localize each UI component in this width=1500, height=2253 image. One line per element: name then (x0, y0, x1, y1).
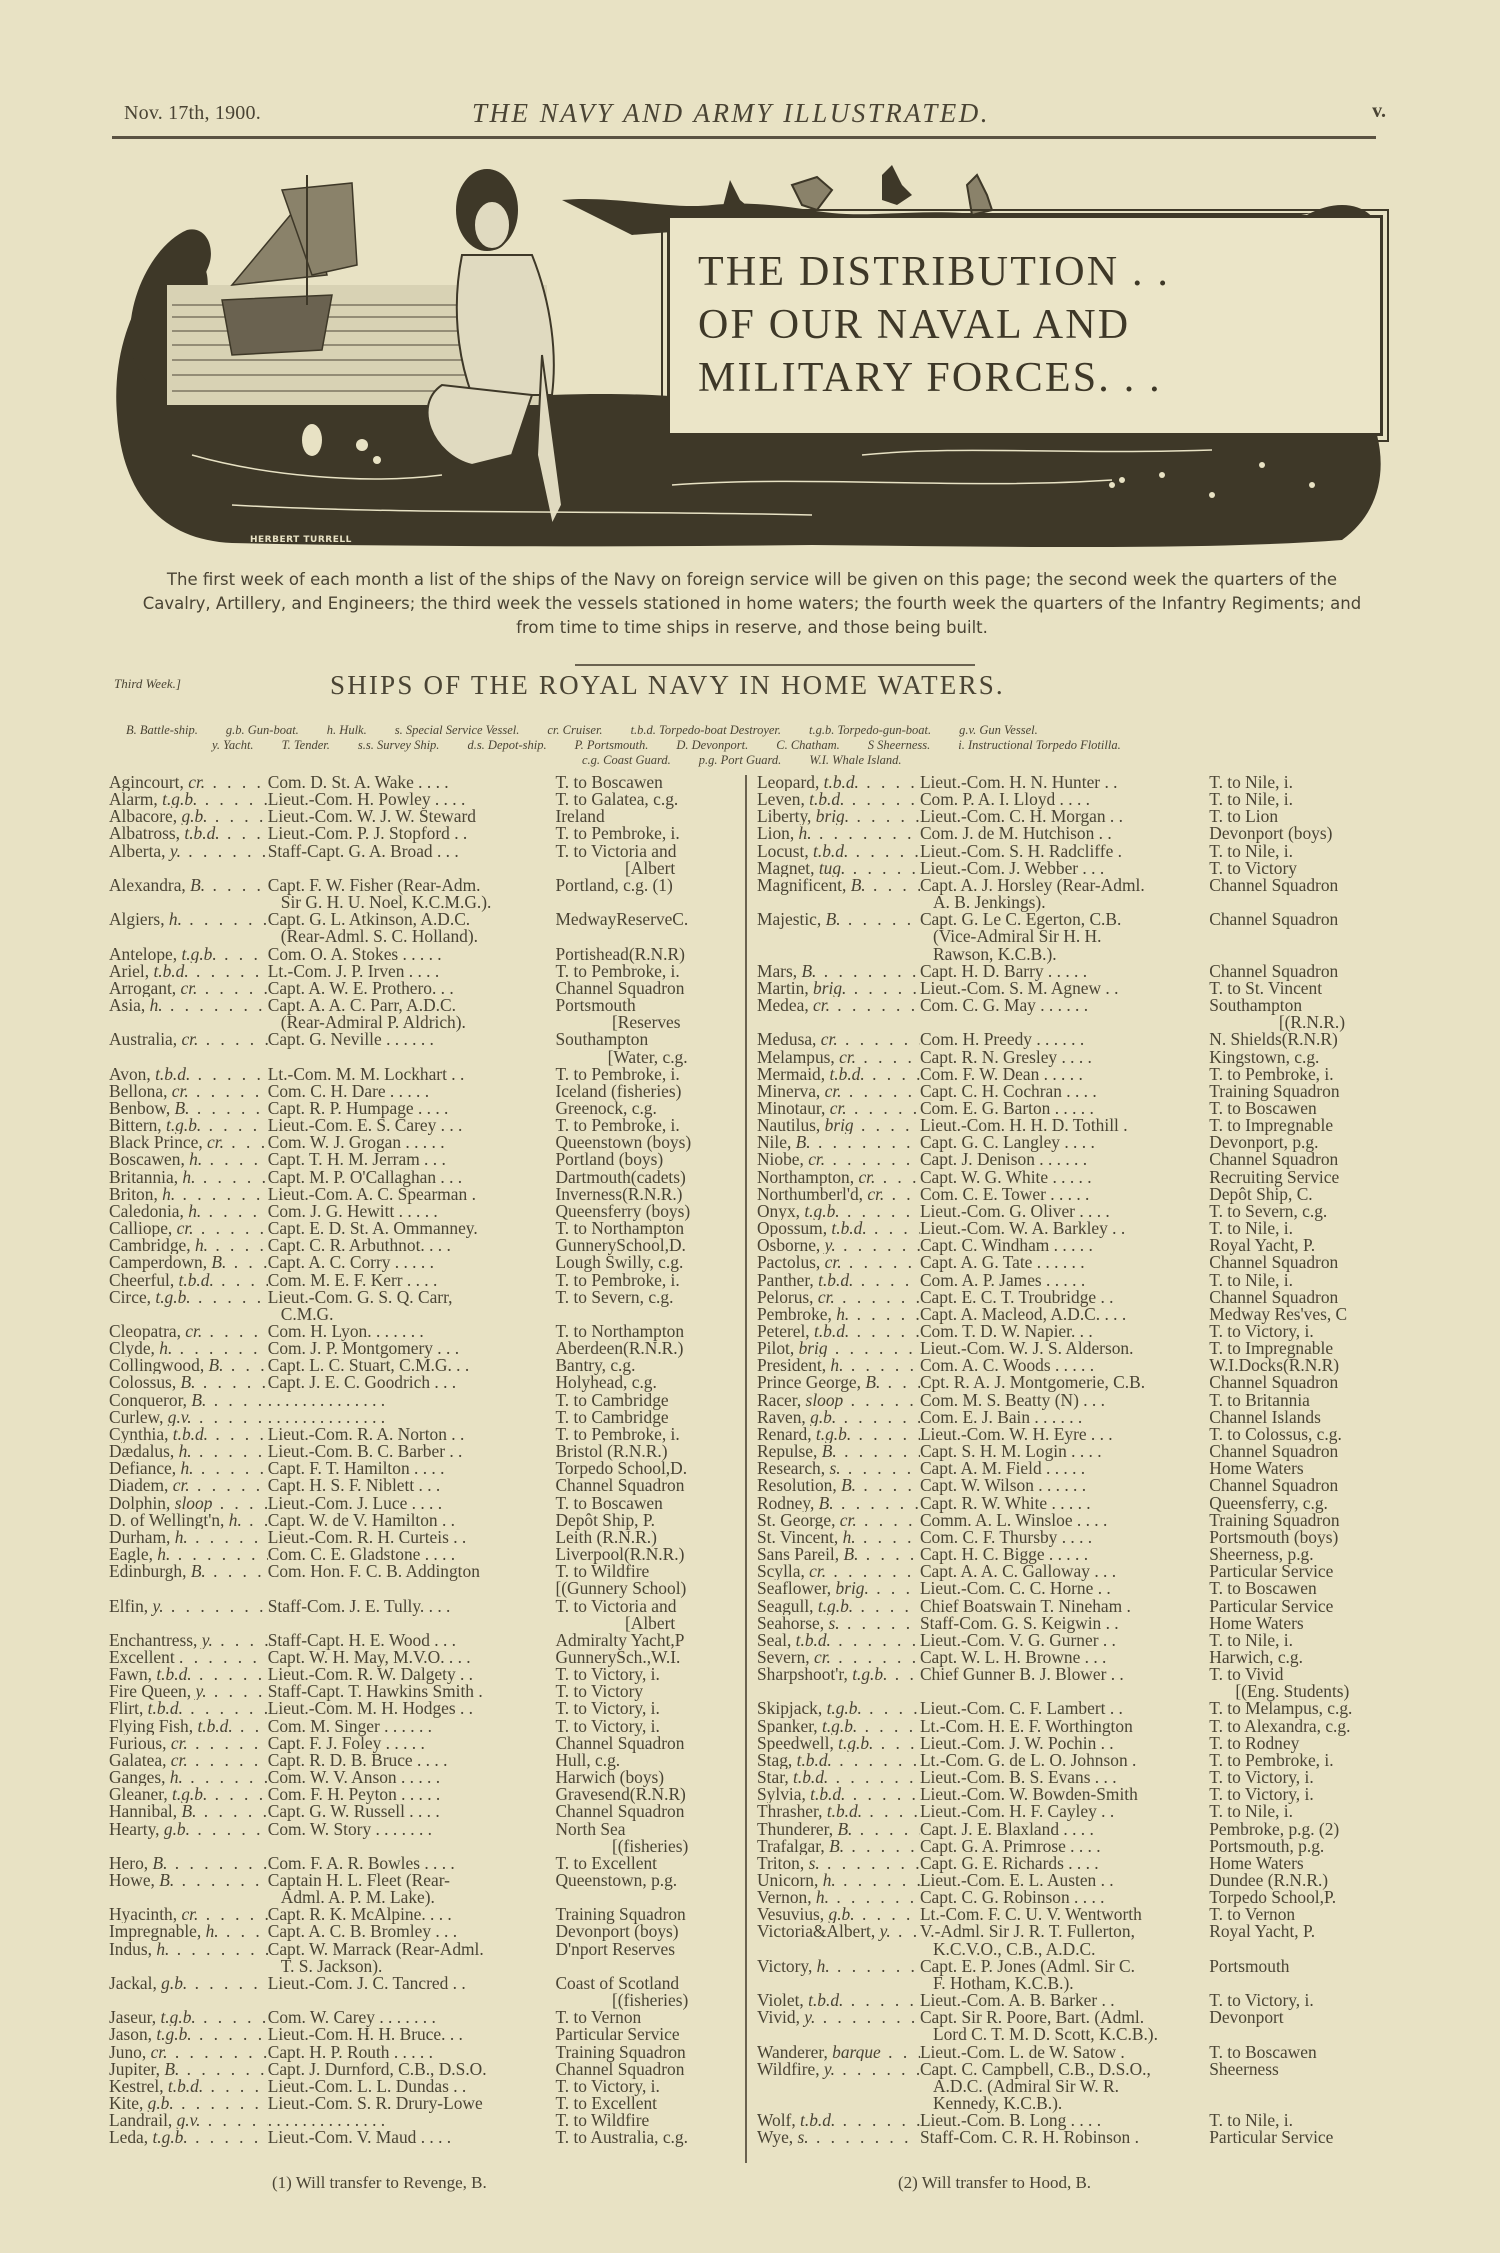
legend-entry: S Sheerness. (868, 738, 931, 752)
ship-name: Wye, (757, 2129, 797, 2146)
ship-name-cell: Seahorse, s. . . . . . . . (757, 1615, 920, 1632)
ship-name-cell: Seal, t.b.d. . . . . . . . (757, 1632, 920, 1649)
ship-name: Nautilus, (757, 1117, 825, 1134)
ship-type: t.b.d. (814, 1323, 849, 1340)
section-rule (575, 664, 975, 666)
ship-type: h. (799, 825, 812, 842)
ship-type: g.b. (829, 1906, 855, 1923)
ship-name-cell: Juno, cr. . . . . . . . (109, 2044, 268, 2061)
ship-name-cell: Howe, B. . . . . . . . (109, 1872, 268, 1906)
ship-name-cell: Ariel, t.b.d. . . . . . . . (109, 963, 268, 980)
ship-type: s. (829, 1460, 840, 1477)
ship-type: t.b.d. (813, 843, 848, 860)
ship-name-cell: Pelorus, cr. . . . . . . . (757, 1289, 920, 1306)
ship-name: Scylla, (757, 1563, 809, 1580)
ship-type: t.g.b. (162, 791, 197, 808)
ship-name: Landrail, (109, 2112, 177, 2129)
ship-name-cell: Clyde, h. . . . . . . . (109, 1340, 268, 1357)
ship-type: t.g.b. (818, 1598, 853, 1615)
officer-cell: Capt. C. Campbell, C.B., D.S.O., A.D.C. … (920, 2061, 1209, 2112)
ship-name-cell: Thrasher, t.b.d. . . . . . . . (757, 1803, 920, 1820)
leader-dots: . . . . . . . (190, 1821, 268, 1839)
leader-dots: . . . . . . . (865, 1066, 920, 1083)
ship-name-cell: Vernon, h. . . . . . . . (757, 1889, 920, 1906)
ship-name-cell: Lion, h. . . . . . . . (757, 825, 920, 842)
ship-name-cell: Arrogant, cr. . . . . . . . (109, 980, 268, 997)
table-row: Algiers, h. . . . . . . .Capt. G. L. Atk… (109, 911, 734, 945)
table-row: Asia, h. . . . . . . .Capt. A. A. C. Par… (109, 997, 734, 1031)
ship-name-cell: Conqueror, B. . . . . . . . (109, 1392, 268, 1409)
ship-type: cr. (151, 2044, 168, 2061)
leader-dots: . . . . . . . (198, 1906, 267, 1923)
station-cell: D'nport Reserves (555, 1941, 734, 1975)
leader-dots: . . . . . . . (189, 963, 268, 980)
ship-name-cell: Colossus, B. . . . . . . . (109, 1374, 268, 1391)
table-row: Thrasher, t.b.d. . . . . . . .Lieut.-Com… (757, 1803, 1387, 1820)
table-row: Majestic, B. . . . . . . .Capt. G. Le C.… (757, 911, 1387, 962)
ship-name: Magnet, (757, 860, 819, 877)
ship-name: Gleaner, (109, 1786, 172, 1803)
legend-entry: y. Yacht. (212, 738, 254, 752)
leader-dots: . . . . . . . (198, 1031, 267, 1049)
station-cell: T. to Vivid [(Eng. Students) (1209, 1666, 1387, 1700)
leader-dots: . . . . . . . (194, 1220, 268, 1237)
ship-name: Osborne, (757, 1237, 825, 1254)
officer-cell: Capt. E. P. Jones (Adml. Sir C. F. Hotha… (920, 1958, 1209, 1992)
ship-name: D. of Wellingt'n, (109, 1512, 229, 1529)
ship-type: t.g.b. (172, 1786, 207, 1803)
leader-dots: . . . . . . . (809, 2129, 912, 2146)
ship-type: t.b.d. (793, 1769, 828, 1786)
ship-name-cell: Asia, h. . . . . . . . (109, 997, 268, 1031)
leader-dots: . . . . . . . (842, 1083, 920, 1100)
legend-entry: s. Special Service Vessel. (395, 723, 520, 737)
station-cell: Southampton [(R.N.R.) (1209, 997, 1387, 1031)
station-cell: Royal Yacht, P. (1209, 1923, 1387, 1957)
ship-name-cell: Triton, s. . . . . . . . (757, 1855, 920, 1872)
ship-name-cell: Leda, t.g.b. . . . . . . . (109, 2129, 268, 2146)
ship-name: Renard, (757, 1426, 816, 1443)
ship-type: cr. (830, 1100, 847, 1117)
station-cell: Queenstown, p.g. (555, 1872, 734, 1906)
ship-type: h. (817, 1958, 830, 1976)
ship-name-cell: Star, t.b.d. . . . . . . . (757, 1769, 920, 1786)
ship-name: Leda, (109, 2129, 152, 2146)
leader-dots: . . . . . . . (195, 1169, 267, 1186)
station-cell: Coast of Scotland [(fisheries) (555, 1975, 734, 2009)
ship-name-cell: Minotaur, cr. . . . . . . . (757, 1100, 920, 1117)
leader-dots: . . . . . . . (873, 1735, 920, 1752)
ship-type: t.b.d. (831, 1220, 866, 1237)
ship-type: t.g.b. (822, 1718, 857, 1735)
ship-type: t.g.b. (152, 2129, 187, 2146)
ship-type: B. (191, 1392, 206, 1409)
ship-name: Mermaid, (757, 1066, 829, 1083)
ship-name: Defiance, (109, 1460, 180, 1477)
publication-title: THE NAVY AND ARMY ILLUSTRATED. (472, 98, 990, 129)
ship-name: Onyx, (757, 1203, 804, 1220)
station-cell: Particular Service (1209, 2129, 1387, 2146)
leader-dots: . . . . . . . (854, 1117, 920, 1134)
ship-name-cell: Locust, t.b.d. . . . . . . . (757, 843, 920, 860)
ship-type: y. (202, 1632, 213, 1649)
leader-dots: . . . . . . . (233, 1718, 268, 1735)
table-row: Resolution, B. . . . . . . .Capt. W. Wil… (757, 1477, 1387, 1494)
leader-dots: . . . . . . . (856, 1529, 920, 1546)
ship-type: t.b.d. (796, 1632, 831, 1649)
ship-name: Clyde, (109, 1340, 159, 1357)
table-row: Indus, h. . . . . . . .Capt. W. Marrack … (109, 1941, 734, 1975)
ship-name-cell: Enchantress, y. . . . . . . . (109, 1632, 268, 1649)
ship-name-cell: Jupiter, B. . . . . . . . (109, 2061, 268, 2078)
ship-type: h. (229, 1512, 242, 1529)
ship-type: brig (825, 1117, 854, 1134)
leader-dots: . . . . . . . (196, 1803, 267, 1820)
ship-name-cell: Osborne, y. . . . . . . . (757, 1237, 920, 1254)
ship-name-cell: Impregnable, h. . . . . . . . (109, 1923, 268, 1940)
leader-dots: . . . . . . . (208, 1237, 268, 1254)
ship-name-cell: Thunderer, B. . . . . . . . (757, 1821, 920, 1838)
ship-type: t.g.b. (804, 1203, 839, 1220)
ship-name: Fire Queen, (109, 1683, 195, 1700)
ship-name-cell: Gleaner, t.g.b. . . . . . . . (109, 1786, 268, 1803)
leader-dots: . . . . . . . (205, 774, 268, 791)
leader-dots: . . . . . . . (826, 1563, 920, 1580)
table-row: Victory, h. . . . . . . .Capt. E. P. Jon… (757, 1958, 1387, 1992)
ship-name-cell: Panther, t.b.d. . . . . . . . (757, 1272, 920, 1289)
ship-name: Kestrel, (109, 2078, 168, 2095)
ship-name-cell: Sharpshoot'r, t.g.b. . . . . . . . (757, 1666, 920, 1700)
leader-dots: . . . . . . . (832, 1752, 920, 1769)
officer-cell: Capt. G. Le C. Egerton, C.B. (Vice-Admir… (920, 911, 1209, 962)
leader-dots: . . . . . . . (835, 1289, 920, 1306)
ships-table-right: Leopard, t.b.d. . . . . . . .Lieut.-Com.… (757, 774, 1387, 2147)
leader-dots: . . . . . . . (857, 1512, 920, 1529)
ship-name-cell: Wildfire, y. . . . . . . . (757, 2061, 920, 2112)
ship-name: Triton, (757, 1855, 809, 1872)
ship-name: Rodney, (757, 1495, 819, 1512)
ship-name-cell: Seaflower, brig. . . . . . . . (757, 1580, 920, 1597)
ship-type: B. (211, 1254, 226, 1271)
ship-name-cell: Flying Fish, t.b.d. . . . . . . . (109, 1718, 268, 1735)
ship-name: Sharpshoot'r, (757, 1666, 852, 1684)
leader-dots: . . . . . . . (191, 1289, 268, 1307)
ship-name-cell: Bittern, t.g.b. . . . . . . . (109, 1117, 268, 1134)
ship-name: Sans Pareil, (757, 1546, 843, 1563)
ship-type: cr. (814, 1649, 831, 1666)
ship-name: Bellona, (109, 1083, 172, 1100)
table-row: Victoria&Albert, y. . . . . . . .V.-Adml… (757, 1923, 1387, 1957)
ship-name-cell: Cheerful, t.b.d. . . . . . . . (109, 1272, 268, 1289)
officer-cell: Lieut.-Com. H. H. Bruce. . . (268, 2026, 556, 2043)
ship-name-cell: Racer, sloop . . . . . . . (757, 1392, 920, 1409)
ship-name-cell: Kite, g.b. . . . . . . . (109, 2095, 268, 2112)
ship-name: Indus, (109, 1941, 156, 1959)
ship-name-cell: Victory, h. . . . . . . . (757, 1958, 920, 1992)
ship-name: Martin, (757, 980, 813, 997)
ship-name-cell: Medusa, cr. . . . . . . . (757, 1031, 920, 1048)
ship-name: Asia, (109, 997, 150, 1015)
ship-name: Galatea, (109, 1752, 171, 1769)
officer-cell: Lieut.-Com. G. S. Q. Carr, C.M.G. (268, 1289, 556, 1323)
leader-dots: . . . . . . . (840, 1615, 920, 1632)
leader-dots: . . . . . . . (830, 1958, 920, 1976)
ship-type: B. (837, 1821, 852, 1838)
banner-illustration: THE DISTRIBUTION . . OF OUR NAVAL AND MI… (112, 155, 1392, 550)
ship-type: cr. (171, 1752, 188, 1769)
table-row: Pactolus, cr. . . . . . . .Capt. A. G. T… (757, 1254, 1387, 1271)
ship-type: h. (816, 1889, 829, 1906)
leader-dots: . . . . . . . (841, 911, 920, 929)
ship-type: t.g.b. (827, 1700, 862, 1717)
ship-name-cell: Furious, cr. . . . . . . . (109, 1735, 268, 1752)
table-row: Leda, t.g.b. . . . . . . .Lieut.-Com. V.… (109, 2129, 734, 2146)
ship-name-cell: Resolution, B. . . . . . . . (757, 1477, 920, 1494)
ship-name-cell: Martin, brig. . . . . . . . (757, 980, 920, 997)
leader-dots: . . . . . . . (190, 1066, 267, 1083)
ship-name-cell: Collingwood, B. . . . . . . . (109, 1357, 268, 1374)
ship-type: g.v. (177, 2112, 201, 2129)
ship-name: Britannia, (109, 1169, 182, 1186)
ship-type: h. (182, 1169, 195, 1186)
ship-name-cell: Fire Queen, y. . . . . . . . (109, 1683, 268, 1700)
ship-type: B. (796, 1134, 811, 1151)
ship-name: St. George, (757, 1512, 840, 1529)
ship-type: t.b.d. (184, 825, 219, 842)
ship-name: Leven, (757, 791, 809, 808)
ship-name-cell: Eagle, h. . . . . . . . (109, 1546, 268, 1563)
legend-entry: c.g. Coast Guard. (582, 753, 671, 767)
ship-name-cell: Liberty, brig. . . . . . . . (757, 808, 920, 825)
station-cell: T. to Wildfire [(Gunnery School) (555, 1563, 734, 1597)
leader-dots: . . . . . . . (201, 1117, 267, 1134)
ship-type: B. (819, 1495, 834, 1512)
ship-name: Caledonia, (109, 1203, 188, 1220)
leader-dots: . . . . . . . (862, 1803, 920, 1820)
leader-dots: . . . . . . . (857, 1718, 920, 1735)
leader-dots: . . . . . . . (847, 1100, 920, 1117)
legend-entry: T. Tender. (282, 738, 330, 752)
ship-name-cell: Rodney, B. . . . . . . . (757, 1495, 920, 1512)
ship-name-cell: Skipjack, t.g.b. . . . . . . . (757, 1700, 920, 1717)
ship-type: cr. (809, 1563, 826, 1580)
legend-entry: t.b.d. Torpedo-boat Destroyer. (631, 723, 781, 737)
ship-name-cell: Agincourt, cr. . . . . . . . (109, 774, 268, 791)
ship-type: h. (175, 1529, 188, 1546)
ship-name: Vernon, (757, 1889, 816, 1906)
ship-type: t.b.d. (155, 1066, 190, 1083)
ship-name: Furious, (109, 1735, 171, 1752)
ship-type: t.b.d. (168, 2078, 203, 2095)
ship-name-cell: Stag, t.b.d. . . . . . . . (757, 1752, 920, 1769)
leader-dots: . . . . . . . (856, 1049, 920, 1066)
ship-type: B. (801, 963, 816, 980)
ship-type: cr. (808, 1151, 825, 1168)
leader-dots: . . . . . . . (875, 1169, 920, 1186)
ship-name: Raven, (757, 1409, 810, 1426)
ship-type: cr. (825, 1254, 842, 1271)
table-row: Wye, s. . . . . . . .Staff-Com. C. R. H.… (757, 2129, 1387, 2146)
ship-type: g.v. (168, 1409, 192, 1426)
ship-name: Wildfire, (757, 2061, 824, 2079)
ship-name: Medea, (757, 997, 813, 1015)
table-row: Edinburgh, B. . . . . . . .Com. Hon. F. … (109, 1563, 734, 1597)
leader-dots: . . . . . . . (837, 1443, 920, 1460)
ship-name: Alberta, (109, 843, 170, 861)
ship-name-cell: Wye, s. . . . . . . . (757, 2129, 920, 2146)
newspaper-page: Nov. 17th, 1900. THE NAVY AND ARMY ILLUS… (0, 0, 1500, 2253)
leader-dots: . . . . . . . (840, 1203, 920, 1220)
ship-type: t.g.b. (156, 2026, 191, 2043)
ship-type: barque (832, 2044, 881, 2061)
leader-dots: . . . . . . . (179, 2061, 267, 2078)
station-cell: T. to Australia, c.g. (555, 2129, 734, 2146)
ship-type: cr. (171, 1735, 188, 1752)
ship-name: Enchantress, (109, 1632, 202, 1649)
ship-name-cell: Leopard, t.b.d. . . . . . . . (757, 774, 920, 791)
leader-dots: . . . . . . . (834, 1495, 920, 1512)
ship-name: Alexandra, (109, 877, 190, 895)
officer-cell: Capt. Sir R. Poore, Bart. (Adml. Lord C.… (920, 2009, 1209, 2043)
ship-name-cell: Britannia, h. . . . . . . . (109, 1169, 268, 1186)
leader-dots: . . . . . . . (174, 1872, 268, 1890)
ship-name-cell: Hyacinth, cr. . . . . . . . (109, 1906, 268, 1923)
ship-name: Speedwell, (757, 1735, 838, 1752)
ship-name-cell: Alarm, t.g.b. . . . . . . . (109, 791, 268, 808)
ship-name: Leopard, (757, 774, 824, 791)
ship-type: B. (209, 1357, 224, 1374)
ship-name: Australia, (109, 1031, 181, 1049)
leader-dots: . . . . . . . (224, 1134, 268, 1151)
ship-name: Bittern, (109, 1117, 166, 1134)
ship-name-cell: D. of Wellingt'n, h. . . . . . . . (109, 1512, 268, 1529)
ship-type: g.b. (810, 1409, 836, 1426)
leader-dots: . . . . . . . (851, 1426, 920, 1443)
ship-name-cell: Alberta, y. . . . . . . . (109, 843, 268, 877)
ship-name: Jason, (109, 2026, 156, 2043)
ship-name: President, (757, 1357, 830, 1374)
ship-name: Minotaur, (757, 1100, 830, 1117)
ship-name-cell: Avon, t.b.d. . . . . . . . (109, 1066, 268, 1083)
station-cell: Channel Squadron (1209, 911, 1387, 962)
ship-name: Alarm, (109, 791, 162, 808)
ship-type: B. (191, 1563, 206, 1581)
ship-name: Black Prince, (109, 1134, 207, 1151)
leader-dots: . . . . . . . (855, 1906, 920, 1923)
leader-dots: . . . . . . . (188, 1752, 268, 1769)
officer-cell: Com. H. Preedy . . . . . . (920, 1031, 1209, 1048)
ship-type: t.b.d. (808, 1992, 843, 2009)
ship-name-cell: Northumberl'd, cr. . . . . . . . (757, 1186, 920, 1203)
ship-name-cell: Cleopatra, cr. . . . . . . . (109, 1323, 268, 1340)
ship-name: Locust, (757, 843, 813, 860)
station-cell: Particular Service (555, 2026, 734, 2043)
ship-type: h. (170, 1769, 183, 1786)
leader-dots: . . . . . . . (812, 825, 915, 842)
ship-name: Violet, (757, 1992, 808, 2009)
leader-dots: . . . . . . . (862, 1700, 920, 1717)
ship-type: h. (179, 1443, 192, 1460)
officer-cell: Capt. A. J. Horsley (Rear-Adml. A. B. Je… (920, 877, 1209, 911)
table-row: Diadem, cr. . . . . . . .Capt. H. S. F. … (109, 1477, 734, 1494)
legend-entry: t.g.b. Torpedo-gun-boat. (809, 723, 931, 737)
ship-type: t.b.d. (824, 774, 859, 791)
ship-type: t.b.d. (156, 1666, 191, 1683)
leader-dots: . . . . . . . (206, 1563, 268, 1581)
page-header: Nov. 17th, 1900. THE NAVY AND ARMY ILLUS… (112, 96, 1382, 136)
ship-name: Magnificent, (757, 877, 851, 895)
ship-type: t.g.b. (155, 1289, 190, 1307)
ship-type: cr. (821, 1031, 838, 1048)
ship-name-cell: Caledonia, h. . . . . . . . (109, 1203, 268, 1220)
station-cell: Sheerness (1209, 2061, 1387, 2112)
leader-dots: . . . . . . . (188, 1735, 268, 1752)
station-cell: Portland, c.g. (1) (555, 877, 734, 911)
leader-dots: . . . . . . . (848, 843, 920, 860)
ship-name: Edinburgh, (109, 1563, 191, 1581)
ship-type: y. (170, 843, 181, 861)
leader-dots: . . . . . . . (835, 2112, 920, 2129)
ship-name-cell: St. Vincent, h. . . . . . . . (757, 1529, 920, 1546)
ship-name-cell: Ganges, h. . . . . . . . (109, 1769, 268, 1786)
leader-dots: . . . . . . . (190, 1100, 268, 1117)
ship-name-cell: Peterel, t.b.d. . . . . . . . (757, 1323, 920, 1340)
ship-name: Albatross, (109, 825, 184, 842)
ship-name-cell: Mermaid, t.b.d. . . . . . . . (757, 1066, 920, 1083)
ship-name: Impregnable, (109, 1923, 206, 1940)
leader-dots: . . . . . . . (214, 1272, 268, 1289)
ship-name: Agincourt, (109, 774, 188, 791)
legend-entry: B. Battle-ship. (126, 723, 198, 737)
table-row: Hearty, g.b. . . . . . . .Com. W. Story … (109, 1821, 734, 1855)
ship-name: Panther, (757, 1272, 818, 1289)
ship-name: Jupiter, (109, 2061, 164, 2078)
issue-date: Nov. 17th, 1900. (124, 102, 261, 125)
ship-name: Jaseur, (109, 2009, 160, 2026)
ship-type: t.b.d. (827, 1803, 862, 1820)
ship-name-cell: St. George, cr. . . . . . . . (757, 1512, 920, 1529)
leader-dots: . . . . . . . (852, 1821, 920, 1838)
ship-name-cell: Northampton, cr. . . . . . . . (757, 1169, 920, 1186)
ship-name-cell: Unicorn, h. . . . . . . . (757, 1872, 920, 1889)
ship-name: Jackal, (109, 1975, 161, 1993)
ship-name: Juno, (109, 2044, 151, 2061)
ship-type: s. (828, 1615, 839, 1632)
officer-cell: Capt. H. S. F. Niblett . . . (268, 1477, 556, 1494)
station-cell: T. to Victoria and [Albert (555, 1598, 734, 1632)
station-cell: T. to Victoria and [Albert (555, 843, 734, 877)
leader-dots: . . . . . . . (192, 2026, 268, 2043)
ship-type: B. (822, 1443, 837, 1460)
ship-name-cell: Albacore, g.b. . . . . . . . (109, 808, 268, 825)
ship-type: brig. (836, 1580, 869, 1597)
artist-signature: HERBERT TURRELL (250, 535, 352, 545)
station-cell: Channel Squadron (555, 1803, 734, 1820)
table-row: Wildfire, y. . . . . . . .Capt. C. Campb… (757, 2061, 1387, 2112)
ship-type: cr. (839, 1049, 856, 1066)
ship-type: h. (162, 1186, 175, 1203)
ship-name: Algiers, (109, 911, 169, 929)
station-cell: Lough Swilly, c.g. (555, 1254, 734, 1271)
legend-entry: h. Hulk. (327, 723, 367, 737)
ship-type: h. (836, 1306, 849, 1323)
ship-name-cell: Flirt, t.b.d. . . . . . . . (109, 1700, 268, 1717)
ship-type: B. (826, 911, 841, 929)
leader-dots: . . . . . . . (884, 1186, 920, 1203)
leader-dots: . . . . . . . (196, 1374, 268, 1391)
ship-name: Resolution, (757, 1477, 841, 1494)
ship-name-cell: Melampus, cr. . . . . . . . (757, 1049, 920, 1066)
